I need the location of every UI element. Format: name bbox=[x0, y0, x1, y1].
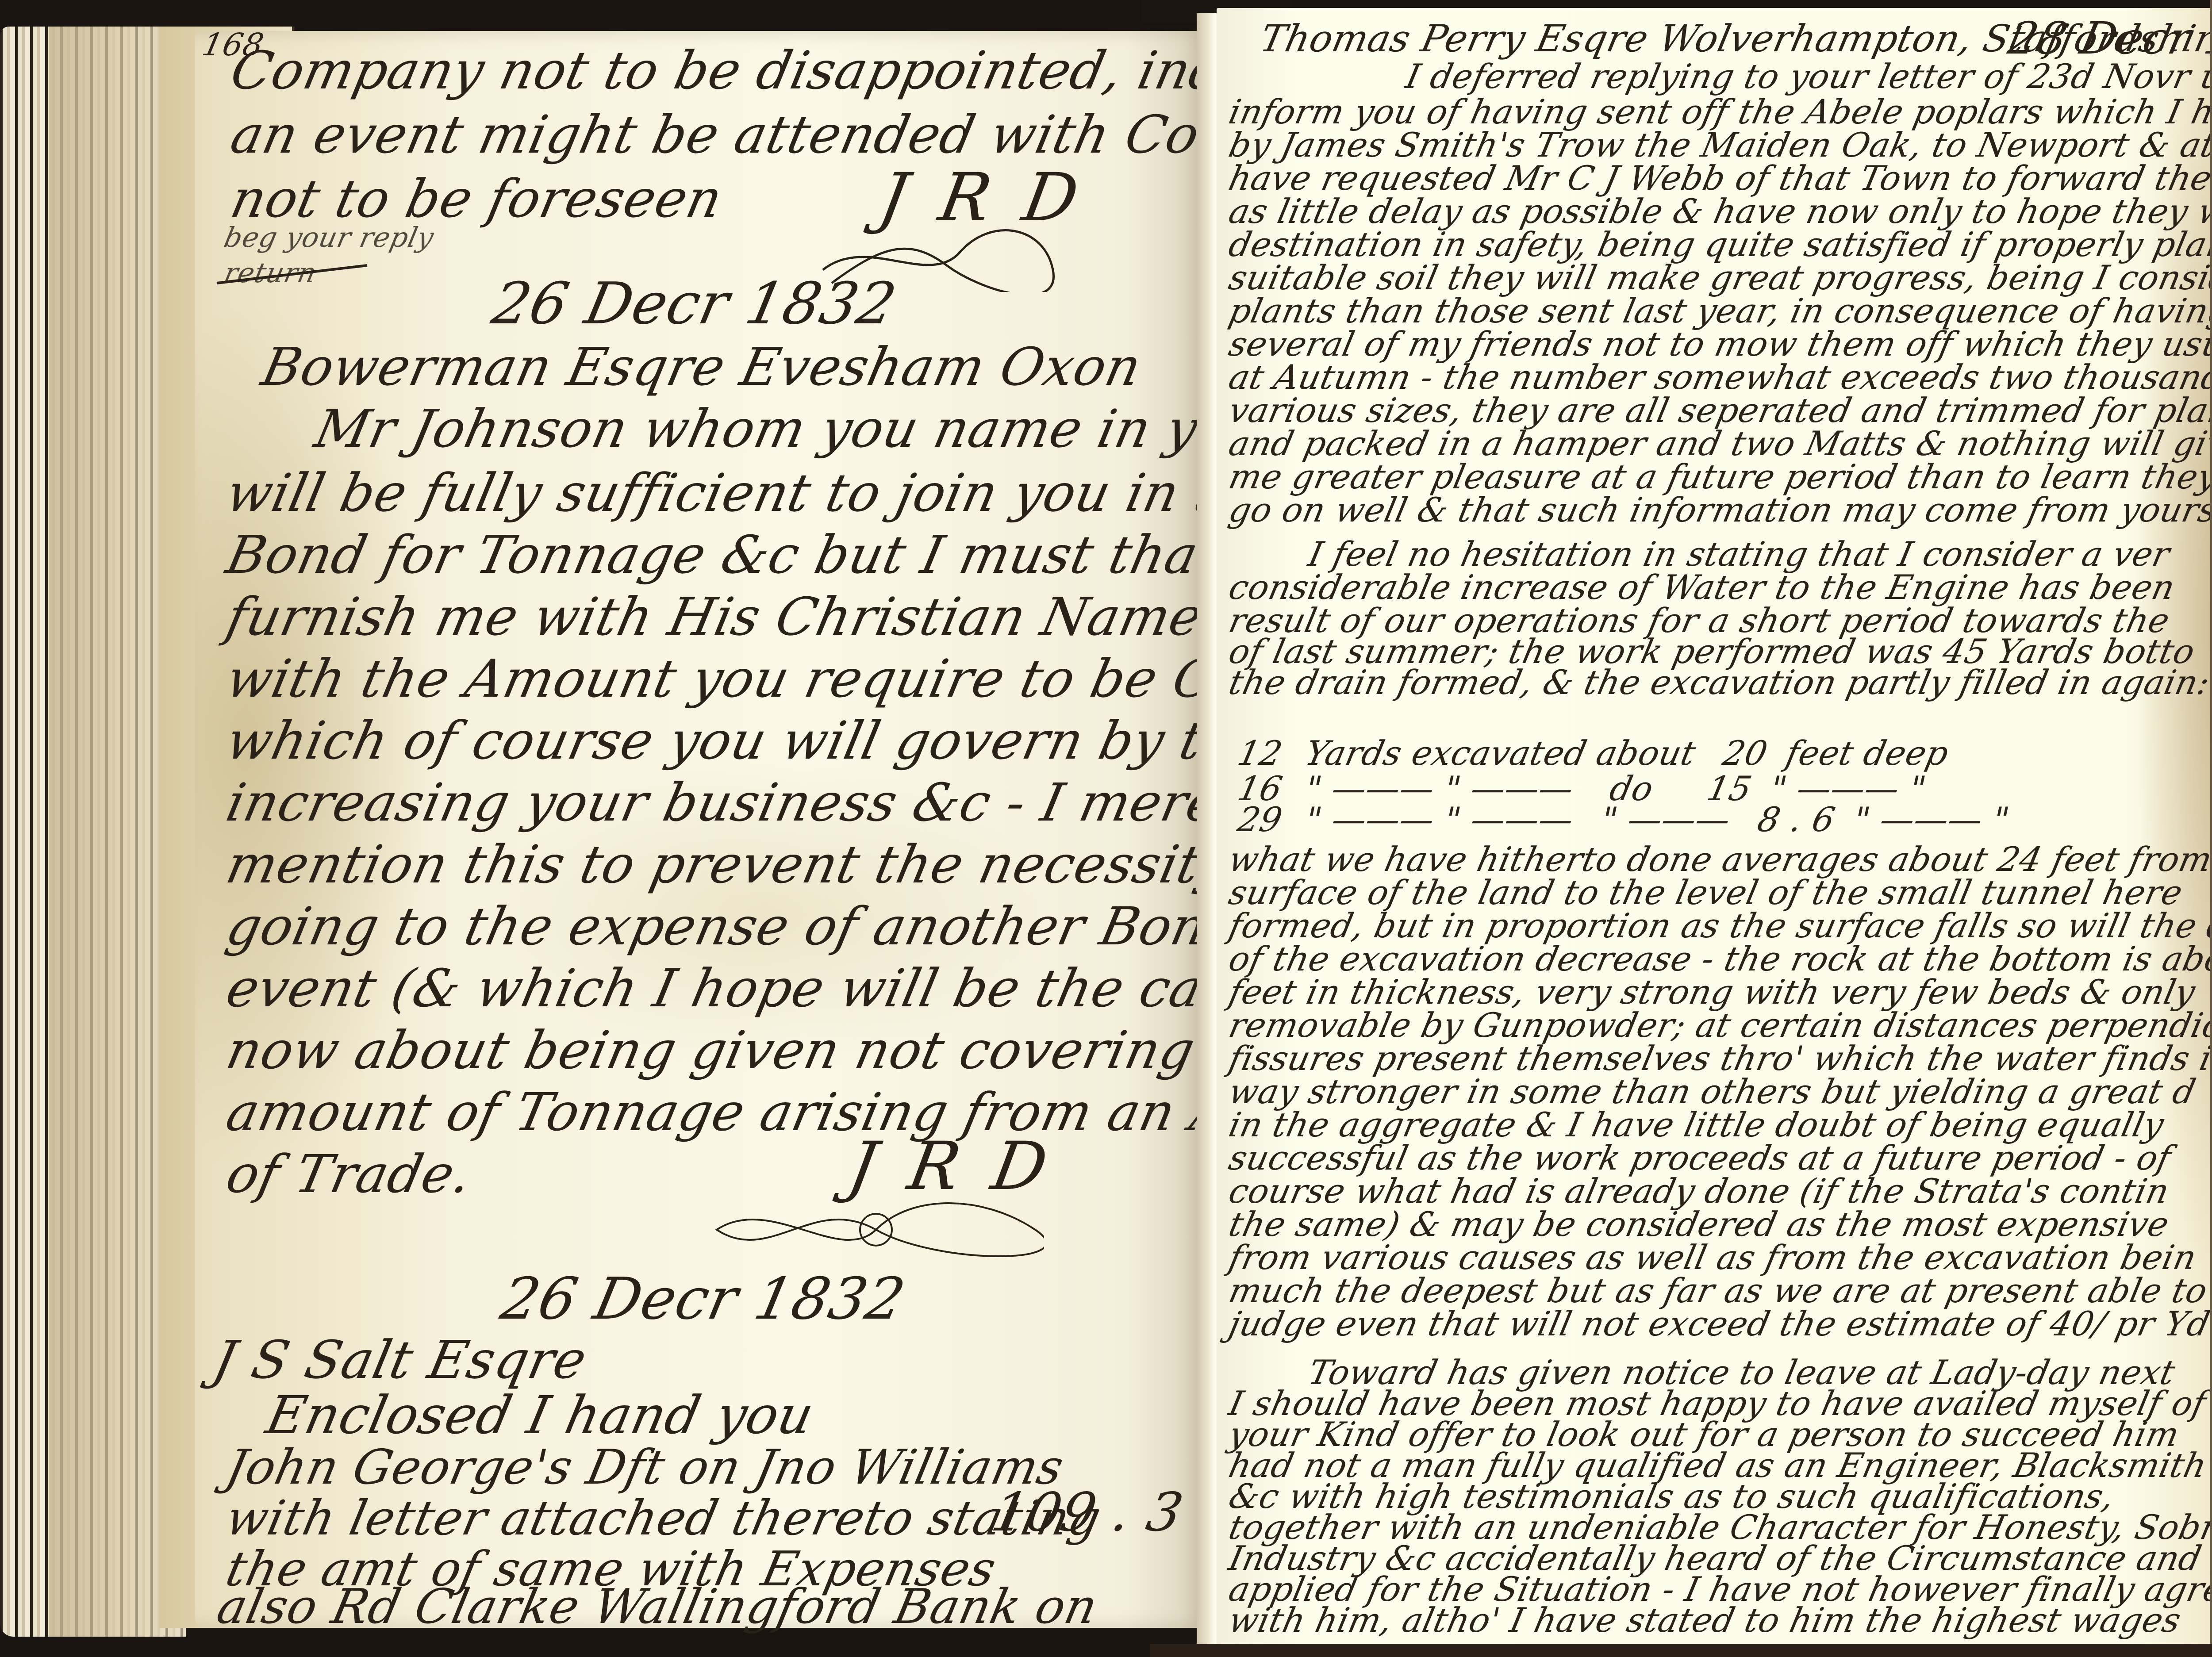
letter-addressee: J S Salt Esqre bbox=[208, 1329, 592, 1390]
letter-line: will be fully sufficient to join you in … bbox=[221, 462, 1289, 523]
letter-intro: Enclosed I hand you bbox=[261, 1385, 819, 1446]
letter-date: 26 Decr 1832 bbox=[495, 1265, 911, 1332]
continuation-line: an event might be attended with Consequ bbox=[226, 104, 1366, 165]
letter-addressee: Bowerman Esqre Evesham Oxon bbox=[257, 336, 1147, 397]
letter-line: Mr Johnson whom you name in yours bbox=[310, 398, 1322, 459]
enclosure-line: the amt of same with Expenses bbox=[221, 1542, 1001, 1597]
right-page-lower: Toward has given notice to leave at Lady… bbox=[1217, 8, 2212, 1645]
book-fore-edge-right bbox=[2210, 0, 2212, 1657]
signature-jrd: J R D bbox=[843, 1128, 1059, 1205]
margin-note: beg your reply bbox=[221, 221, 437, 253]
enclosure-line: John George's Dft on Jno Williams bbox=[221, 1440, 1069, 1495]
letter-line: of Trade. bbox=[221, 1143, 477, 1204]
bottom-shadow bbox=[1150, 1644, 2212, 1657]
amount: 109 . 3 . bbox=[987, 1482, 1223, 1543]
letter-line: going to the expense of another Bond in bbox=[221, 896, 1314, 957]
book-page-edges bbox=[0, 27, 186, 1637]
continuation-line: not to be foreseen bbox=[226, 168, 728, 229]
divider-stroke bbox=[212, 261, 372, 288]
letter-line: furnish me with His Christian Name as w bbox=[221, 586, 1346, 647]
letter-line: mention this to prevent the necessity of bbox=[221, 834, 1305, 895]
left-page: 168 Company not to be disappointed, inde… bbox=[195, 31, 1208, 1628]
letter-date: 26 Decr 1832 bbox=[487, 270, 902, 337]
enclosure-line: with letter attached thereto stating bbox=[221, 1491, 1106, 1546]
letter-line: with the Amount you require to be Credit bbox=[221, 648, 1350, 709]
letter-line: increasing your business &c - I merely bbox=[221, 772, 1272, 833]
letter-line: with him, altho' I have stated to him th… bbox=[1225, 1600, 2185, 1640]
signature-flourish bbox=[708, 1199, 1044, 1261]
